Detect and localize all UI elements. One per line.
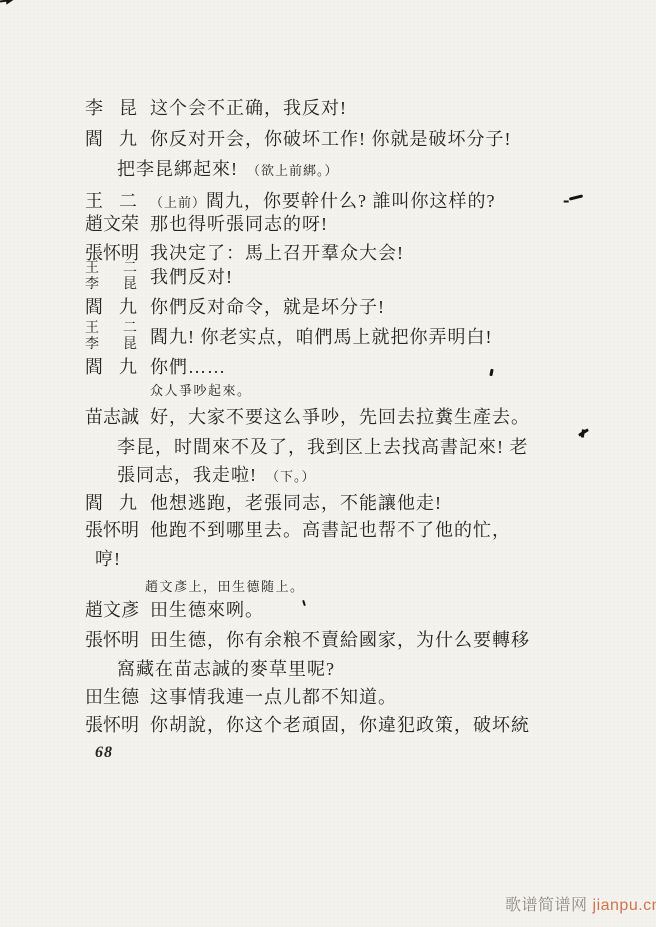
script-line: 王二（上前）閻九，你要幹什么? 誰叫你这样的? [85, 190, 496, 214]
speaker-name: 張怀明 [85, 519, 137, 541]
script-line: 張怀明他跑不到哪里去。高書記也帮不了他的忙， [85, 519, 511, 541]
script-line: 張怀明田生德，你有余粮不賣給國家，为什么要轉移 [85, 629, 530, 651]
dialogue-text: 田生德來咧。 [150, 599, 264, 621]
dialogue-text: 这个会不正确，我反对! [150, 97, 347, 119]
scan-speck [569, 194, 583, 200]
speaker-name: 苗志誠 [85, 406, 137, 428]
speaker-name: 李昆 [85, 277, 137, 293]
dialogue-text: 你們反对命令，就是坏分子! [150, 296, 385, 318]
scan-speck [489, 369, 493, 376]
scanned-script-page: 李昆这个会不正确，我反对! 閻九你反对开会，你破坏工作! 你就是破坏分子! 把李… [0, 0, 656, 927]
dialogue-text: 你們…… [150, 356, 226, 378]
script-line: 閻九你們反对命令，就是坏分子! [85, 296, 385, 318]
speaker-name: 閻九 [85, 492, 137, 514]
script-line: 李昆，时間來不及了，我到区上去找高書記來! 老 [117, 436, 529, 458]
dialogue-text: 他跑不到哪里去。高書記也帮不了他的忙， [150, 519, 511, 541]
watermark-site-name: 歌谱简谱网 [505, 897, 588, 914]
script-line: 張同志，我走啦!（下。） [117, 464, 316, 488]
scan-speck [578, 428, 589, 436]
speaker-name: 閻九 [85, 128, 137, 150]
script-line: 李昆这个会不正确，我反对! [85, 97, 347, 119]
stage-note: （欲上前綁。） [247, 163, 339, 178]
stage-direction: 众人爭吵起來。 [150, 382, 252, 400]
page-number: 68 [95, 744, 113, 762]
dialogue-text: 哼! [95, 548, 121, 570]
stage-note: （上前） [150, 195, 206, 210]
script-line: 王二李昆 我們反对! [85, 261, 233, 293]
script-line: 張怀明你胡說，你这个老頑固，你違犯政策，破坏統 [85, 714, 530, 736]
script-line: 田生德这事情我連一点儿都不知道。 [85, 686, 397, 708]
script-line: 哼! [95, 548, 121, 570]
speaker-name: 閻九 [85, 296, 137, 318]
speaker-names: 王二李昆 [85, 321, 137, 353]
dialogue-text: 你反对开会，你破坏工作! 你就是破坏分子! [150, 128, 512, 150]
speaker-name: 張怀明 [85, 714, 137, 736]
speaker-name: 王二 [85, 190, 137, 212]
dialogue-text: 那也得听張同志的呀! [150, 213, 328, 235]
dialogue-text: 好，大家不要这么爭吵，先回去拉糞生產去。 [150, 406, 530, 428]
stage-note: （下。） [266, 469, 316, 484]
speaker-name: 趙文荣 [85, 213, 137, 235]
script-line: 閻九他想逃跑，老張同志，不能讓他走! [85, 492, 442, 514]
dialogue-text: 田生德，你有余粮不賣給國家，为什么要轉移 [150, 629, 530, 651]
speaker-name: 李昆 [85, 337, 137, 353]
dialogue-text: 李昆，时間來不及了，我到区上去找高書記來! 老 [117, 436, 529, 458]
dialogue-text: 窩藏在苗志誠的麥草里呢? [117, 658, 335, 680]
dialogue-text: （上前）閻九，你要幹什么? 誰叫你这样的? [150, 190, 496, 214]
script-line: 窩藏在苗志誠的麥草里呢? [117, 658, 335, 680]
dialogue-text: 我們反对! [150, 266, 233, 288]
speaker-name: 張怀明 [85, 629, 137, 651]
speaker-name: 田生德 [85, 686, 137, 708]
speaker-name: 王二 [85, 261, 137, 277]
speaker-name: 李昆 [85, 97, 137, 119]
speaker-name: 閻九 [85, 356, 137, 378]
dialogue-text: 把李昆綁起來!（欲上前綁。） [117, 158, 339, 182]
dialogue-text: 閻九! 你老实点，咱們馬上就把你弄明白! [150, 326, 493, 348]
script-line: 閻九你反对开会，你破坏工作! 你就是破坏分子! [85, 128, 512, 150]
script-line: 閻九你們…… [85, 356, 226, 378]
script-line: 苗志誠好，大家不要这么爭吵，先回去拉糞生產去。 [85, 406, 530, 428]
watermark: 歌谱简谱网jianpu.cn [505, 892, 656, 915]
script-line: 王二李昆 閻九! 你老实点，咱們馬上就把你弄明白! [85, 321, 493, 353]
dialogue-text: 你胡說，你这个老頑固，你違犯政策，破坏統 [150, 714, 530, 736]
speaker-names: 王二李昆 [85, 261, 137, 293]
dialogue-text: 張同志，我走啦!（下。） [117, 464, 316, 488]
stage-direction: 趙文彥上，田生德随上。 [145, 578, 305, 596]
script-line: 趙文彥田生德來咧。 [85, 599, 264, 621]
scan-speck [302, 600, 306, 606]
script-line: 把李昆綁起來!（欲上前綁。） [117, 158, 339, 182]
watermark-site-url: jianpu.cn [593, 897, 656, 914]
dialogue-text: 他想逃跑，老張同志，不能讓他走! [150, 492, 442, 514]
speaker-name: 趙文彥 [85, 599, 137, 621]
scan-speck [0, 0, 8, 3]
script-line: 趙文荣那也得听張同志的呀! [85, 213, 328, 235]
dialogue-text: 这事情我連一点儿都不知道。 [150, 686, 397, 708]
speaker-name: 王二 [85, 321, 137, 337]
